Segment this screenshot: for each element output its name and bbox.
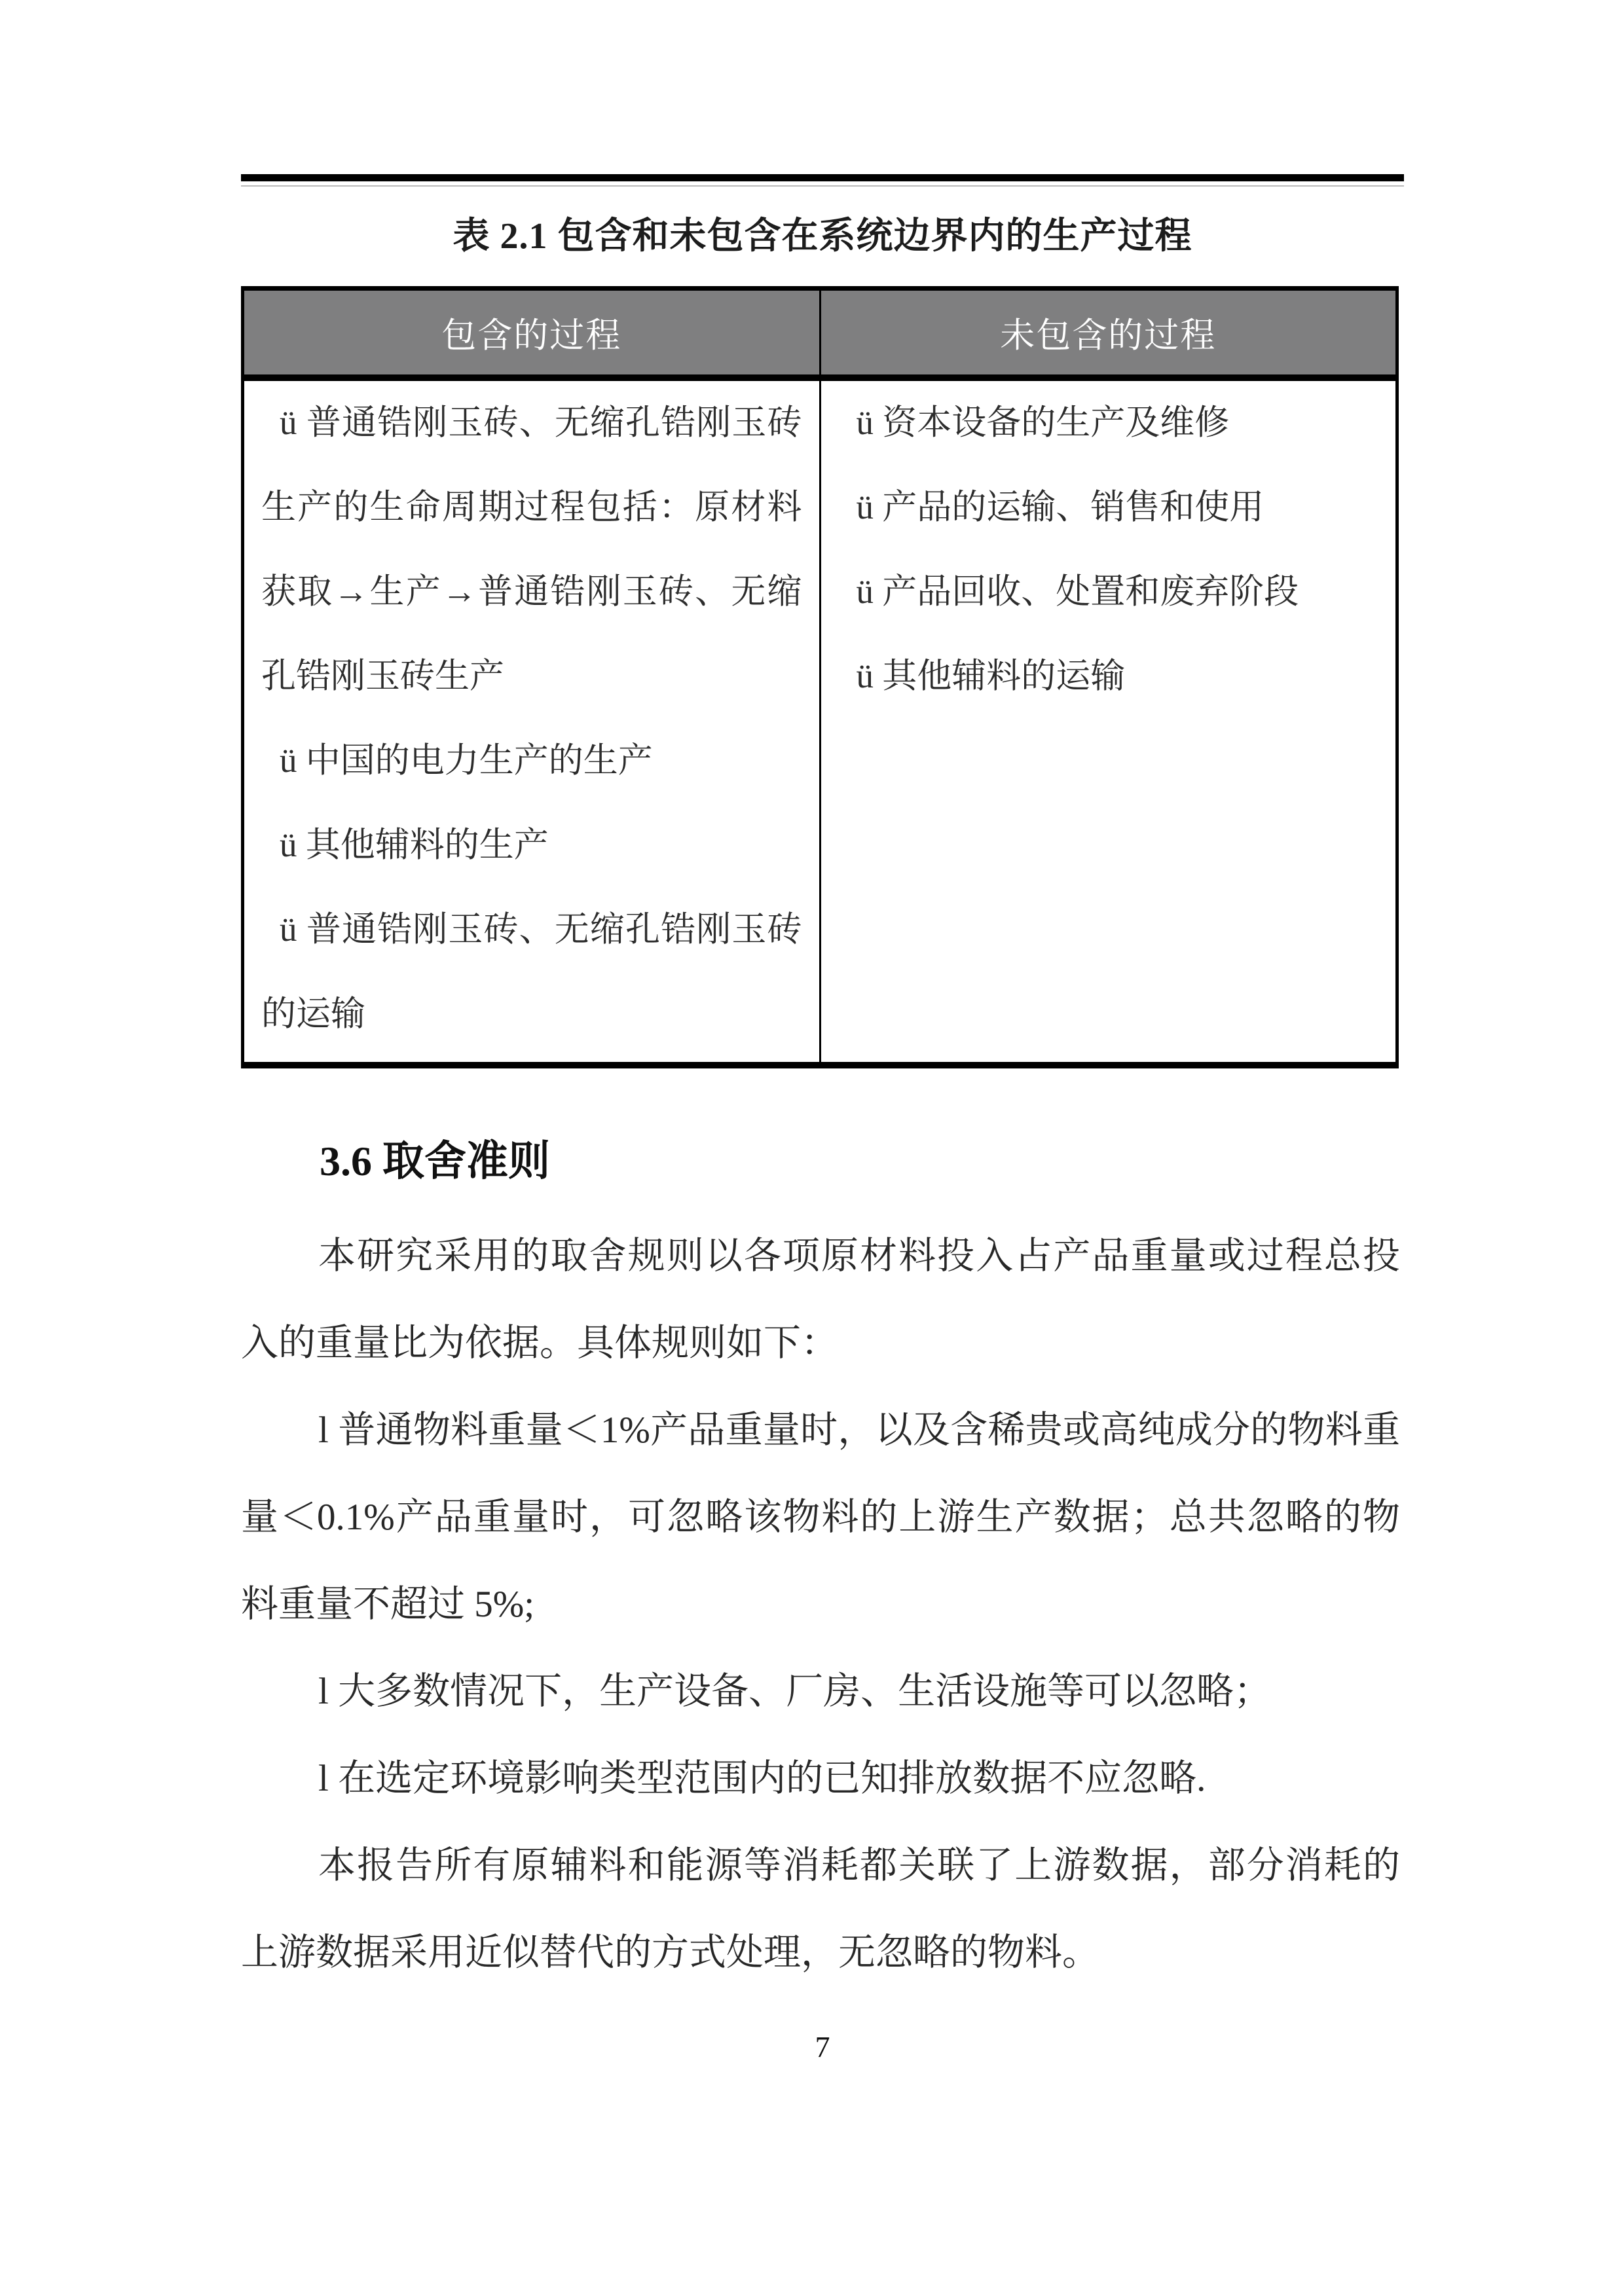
page-number: 7 [241, 2030, 1404, 2064]
body-paragraph: 本研究采用的取舍规则以各项原材料投入占产品重量或过程总投入的重量比为依据。具体规… [241, 1212, 1400, 1387]
included-processes-cell: ü 普通锆刚玉砖、无缩孔锆刚玉砖生产的生命周期过程包括：原材料获取→生产→普通锆… [243, 378, 821, 1065]
body-paragraph: 本报告所有原辅料和能源等消耗都关联了上游数据，部分消耗的上游数据采用近似替代的方… [241, 1822, 1400, 1996]
list-item: ü 其他辅料的运输 [838, 634, 1379, 719]
list-item: ü 产品回收、处置和废弃阶段 [838, 550, 1379, 634]
table-header-row: 包含的过程 未包含的过程 [243, 289, 1397, 378]
list-item: ü 普通锆刚玉砖、无缩孔锆刚玉砖的运输 [261, 888, 802, 1057]
table-body-row: ü 普通锆刚玉砖、无缩孔锆刚玉砖生产的生命周期过程包括：原材料获取→生产→普通锆… [243, 378, 1397, 1065]
body-paragraph: l 在选定环境影响类型范围内的已知排放数据不应忽略. [241, 1735, 1400, 1822]
header-rule [241, 174, 1404, 181]
list-item: ü 其他辅料的生产 [261, 803, 802, 888]
column-header-included: 包含的过程 [243, 289, 821, 378]
list-item: ü 资本设备的生产及维修 [838, 381, 1379, 465]
list-item: ü 中国的电力生产的生产 [261, 719, 802, 803]
table-caption: 表 2.1 包含和未包含在系统边界内的生产过程 [241, 207, 1404, 259]
body-paragraph: l 大多数情况下，生产设备、厂房、生活设施等可以忽略； [241, 1648, 1400, 1735]
section-body: 本研究采用的取舍规则以各项原材料投入占产品重量或过程总投入的重量比为依据。具体规… [241, 1212, 1400, 1996]
column-header-excluded: 未包含的过程 [820, 289, 1397, 378]
document-page: 表 2.1 包含和未包含在系统边界内的生产过程 包含的过程 未包含的过程 ü 普… [0, 0, 1624, 2296]
system-boundary-table: 包含的过程 未包含的过程 ü 普通锆刚玉砖、无缩孔锆刚玉砖生产的生命周期过程包括… [241, 286, 1399, 1068]
excluded-processes-cell: ü 资本设备的生产及维修 ü 产品的运输、销售和使用 ü 产品回收、处置和废弃阶… [820, 378, 1397, 1065]
body-paragraph: l 普通物料重量＜1%产品重量时，以及含稀贵或高纯成分的物料重量＜0.1%产品重… [241, 1387, 1400, 1648]
list-item: ü 普通锆刚玉砖、无缩孔锆刚玉砖生产的生命周期过程包括：原材料获取→生产→普通锆… [261, 381, 802, 719]
list-item: ü 产品的运输、销售和使用 [838, 465, 1379, 550]
section-heading: 3.6 取舍准则 [320, 1127, 550, 1188]
